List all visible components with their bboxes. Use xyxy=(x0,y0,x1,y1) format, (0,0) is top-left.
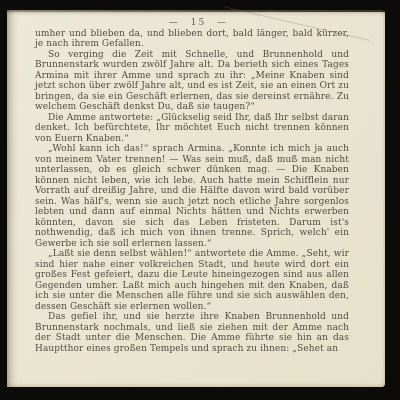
paragraph-5: „Laßt sie denn selbst wählen!“ antwortet… xyxy=(35,249,349,312)
book-page: — 15 — umher und blieben da, und blieben… xyxy=(7,10,385,387)
paragraph-4: „Wohl kann ich das!“ sprach Armina. „Kon… xyxy=(35,144,349,249)
page-top-edge-shadow xyxy=(7,10,385,12)
paragraph-2: So verging die Zeit mit Schnelle, und Br… xyxy=(35,50,349,113)
running-head: — 15 — xyxy=(35,18,349,29)
paragraph-1: umher und blieben da, und blieben dort, … xyxy=(35,29,349,50)
header-dash-left: — xyxy=(169,18,180,28)
page-number: 15 xyxy=(185,18,212,28)
paragraph-3: Die Amme antwortete: „Glückselig seid Ih… xyxy=(35,113,349,145)
page-text-block: — 15 — umher und blieben da, und blieben… xyxy=(35,18,349,354)
paragraph-6: Das gefiel ihr, und sie herzte ihre Knab… xyxy=(35,312,349,354)
header-dash-right: — xyxy=(217,18,228,28)
